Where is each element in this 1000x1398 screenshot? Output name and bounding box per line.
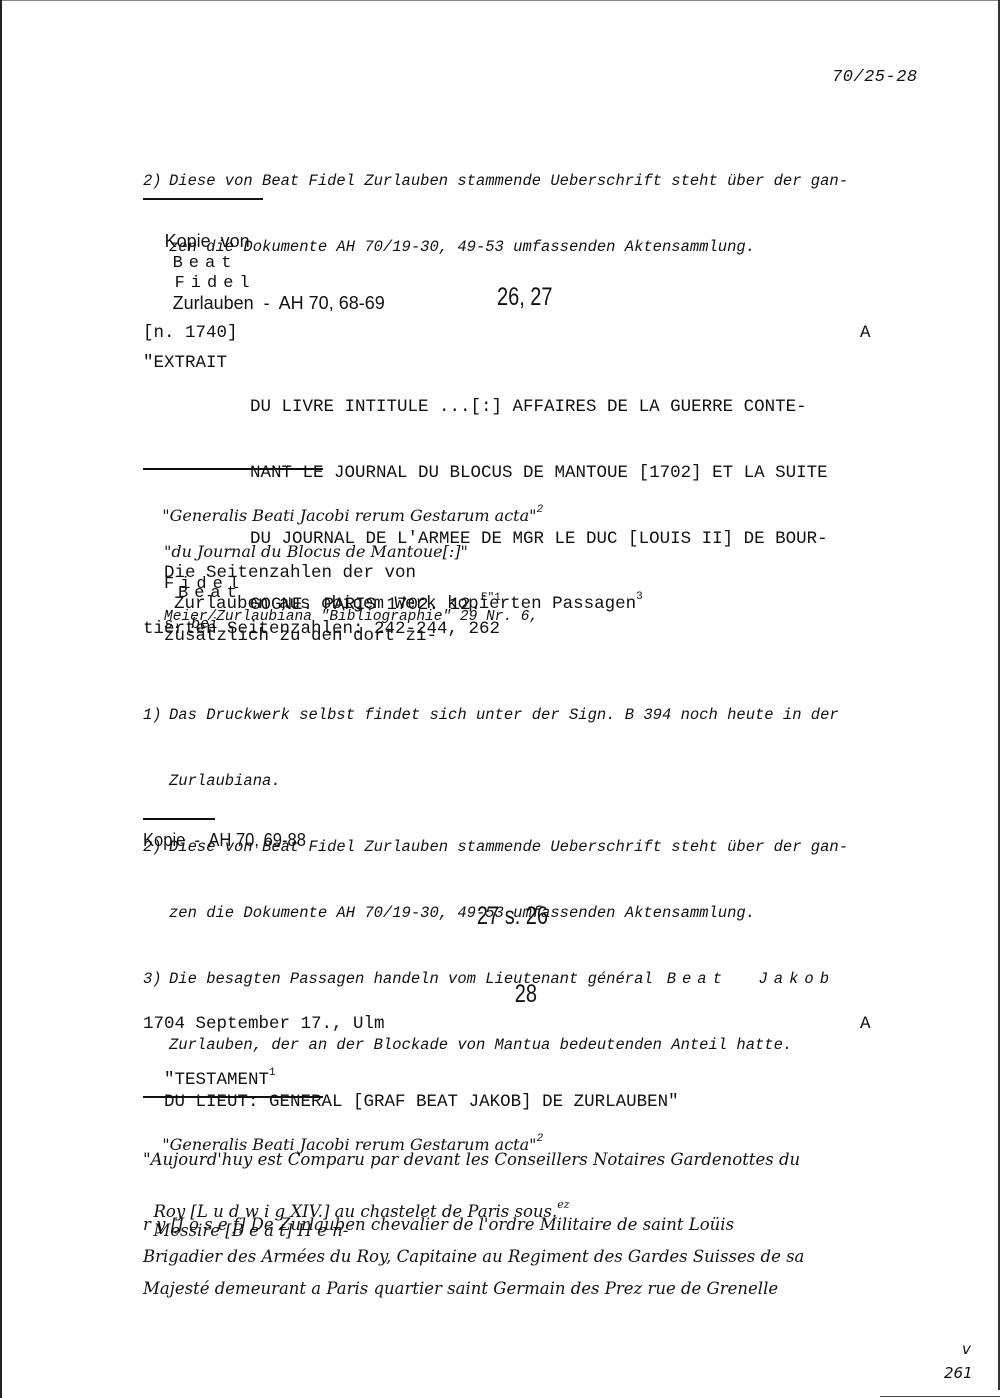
separator-rule [143,468,323,470]
document-title-open: "EXTRAIT [143,352,227,374]
source-suffix: Zurlauben - AH 70, 68-69 [173,293,385,313]
footnote-ref: 1 [269,1067,276,1079]
separator-rule [143,198,263,200]
superscript: ez [557,1198,569,1211]
spaced-name: Fidel [175,274,256,293]
separator-rule [143,818,215,820]
document-number: 28 [515,980,537,1009]
footnote-ref: 2 [537,504,544,516]
footnote-line: Das Druckwerk selbst findet sich unter d… [169,706,839,724]
title-text: DU LIEUT: GENERAL [GRAF BEAT JAKOB] DE Z… [164,1092,679,1112]
source-line: Kopie - AH 70, 69-88 [143,830,306,851]
document-cross-reference: 27 s. 26 [477,902,548,931]
footnote-number: 1) [143,704,169,726]
document-date: [n. 1740] [143,322,238,344]
document-date: 1704 September 17., Ulm [143,1013,385,1035]
page-edge-top [0,0,1000,1]
handwritten-check-mark: v [962,1340,971,1358]
transcription-line: r y [J o s e f] De Zurlauben chevalier d… [143,1215,734,1234]
page-edge-bottom [880,1396,1000,1397]
body-line: tierten Seitenzahlen: 242-244, 262 [143,619,500,639]
footnote-number: 2) [143,170,169,192]
footnote-number: 3) [143,968,169,990]
spaced-name: Beat Jakob [667,970,835,988]
title-text: "TESTAMENT [164,1070,269,1090]
footnote-line: Zurlaubiana. [143,770,848,792]
source-line-top: Kopie, von Beat Fidel Zurlauben - AH 70,… [143,211,385,315]
document-title: "TESTAMENT1 DU LIEUT: GENERAL [GRAF BEAT… [143,1047,679,1113]
title-line: NANT LE JOURNAL DU BLOCUS DE MANTOUE [17… [250,462,828,484]
footnote-ref: 3 [636,591,643,603]
separator-rule [143,1096,323,1098]
source-prefix: Kopie, von [165,231,250,251]
page-reference: 70/25-28 [832,68,918,87]
transcription-line: Majesté demeurant a Paris quartier saint… [143,1279,778,1298]
document-type: A [860,322,871,344]
transcription-line: Brigadier des Armées du Roy, Capitaine a… [143,1247,804,1266]
spaced-name: Beat [173,254,238,273]
handwritten-page-number: 261 [944,1364,973,1382]
transcription-line: "Aujourd'huy est Comparu par devant les … [143,1150,800,1169]
document-number: 26, 27 [497,283,553,312]
heading-quote: "Generalis Beati Jacobi rerum Gestarum a… [143,488,543,526]
footnote-ref: 2 [537,1133,544,1145]
page-edge-left [0,0,2,1398]
title-line: DU LIVRE INTITULE ...[:] AFFAIRES DE LA … [250,396,828,418]
document-type: A [860,1013,871,1035]
footnote-line: Die besagten Passagen handeln vom Lieute… [169,970,653,988]
footnote-line: Diese von Beat Fidel Zurlauben stammende… [169,172,848,190]
